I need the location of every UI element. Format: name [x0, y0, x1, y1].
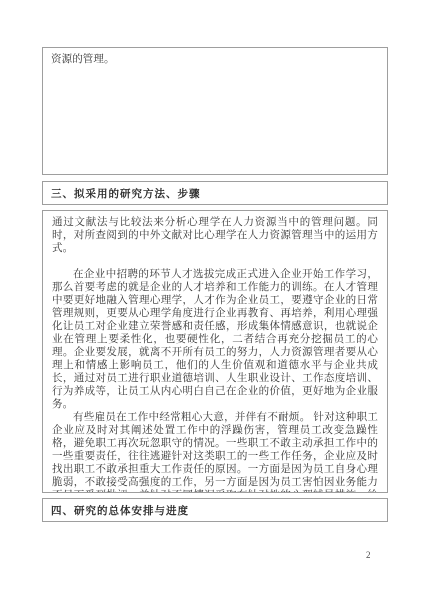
section3-heading-cell: 三、拟采用的研究方法、步骤 [42, 181, 388, 205]
section4-heading-cell: 四、研究的总体安排与进度 [42, 498, 388, 522]
continuation-text: 资源的管理。 [51, 53, 379, 66]
proposal-form-table: 资源的管理。 三、拟采用的研究方法、步骤 通过文献法与比较法来分析心理学在人力资… [42, 47, 388, 522]
section4-heading: 四、研究的总体安排与进度 [51, 506, 189, 517]
section3-paragraph-2: 在企业中招聘的环节人才选拔完成正式进入企业开始工作学习，那么首要考虑的就是企业的… [52, 268, 378, 411]
continuation-cell: 资源的管理。 [42, 47, 388, 175]
section3-heading: 三、拟采用的研究方法、步骤 [51, 189, 201, 200]
section3-paragraph-1: 通过文献法与比较法来分析心理学在人力资源当中的管理问题。同时，对所查阅到的中外文… [52, 216, 378, 255]
section3-body-cell: 通过文献法与比较法来分析心理学在人力资源当中的管理问题。同时，对所查阅到的中外文… [42, 210, 388, 493]
section3-paragraph-3: 有些雇员在工作中经常粗心大意，并伴有不耐烦。 针对这种职工企业应及时对其阐述处置… [52, 411, 378, 493]
page-number: 2 [366, 550, 371, 560]
document-page: 资源的管理。 三、拟采用的研究方法、步骤 通过文献法与比较法来分析心理学在人力资… [0, 0, 424, 600]
